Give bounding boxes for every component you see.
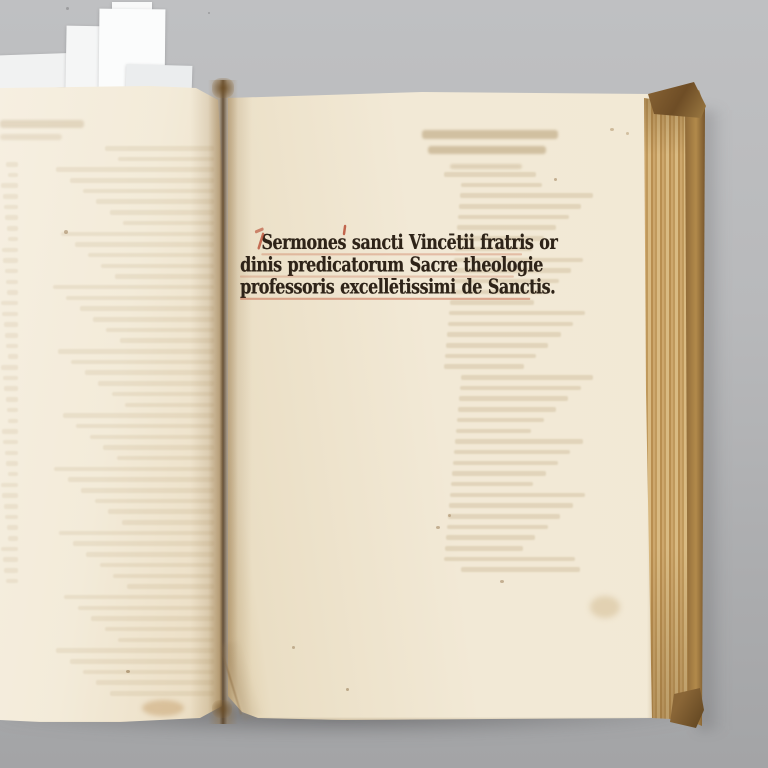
foxing-spot — [292, 646, 295, 649]
auction-photo: Sermones sancti Vincētii fratris or dini… — [0, 0, 768, 768]
dust-speck — [208, 12, 210, 14]
title-block: Sermones sancti Vincētii fratris or dini… — [240, 231, 545, 298]
show-through-heading — [428, 146, 546, 154]
title-line-3: professoris excellētissimi de Sanctis. — [240, 276, 545, 298]
show-through-heading — [0, 120, 84, 128]
foxing-spot — [554, 178, 557, 181]
show-through-heading — [422, 130, 558, 139]
rubric-underline — [240, 298, 530, 300]
right-page: Sermones sancti Vincētii fratris or dini… — [222, 88, 656, 722]
cover-edge — [685, 88, 705, 730]
tailband — [212, 700, 232, 718]
cover-top-corner — [646, 82, 706, 118]
left-page — [0, 84, 224, 726]
foxing-spot — [436, 526, 440, 529]
spine-gutter — [208, 80, 238, 724]
foxing-spot — [448, 514, 451, 517]
fore-edge-tone — [644, 92, 692, 724]
show-through-heading — [450, 164, 522, 169]
rubric-underline — [240, 276, 514, 278]
foxing-spot — [64, 230, 68, 234]
foxing-spot — [610, 128, 614, 131]
title-line-1: Sermones sancti Vincētii fratris or — [240, 231, 545, 253]
headband — [212, 78, 234, 98]
foxing-stain — [142, 700, 184, 716]
show-through-column — [46, 146, 214, 702]
show-through-margin-column — [0, 162, 18, 590]
foxing-spot — [500, 580, 504, 583]
fore-edge — [644, 92, 692, 724]
dust-speck — [66, 7, 69, 10]
foxing-spot — [126, 670, 130, 673]
title-line-2: dinis predicatorum Sacre theologie — [240, 253, 545, 275]
foxing-spot — [626, 132, 629, 135]
show-through-heading — [0, 134, 62, 140]
rubric-underline — [261, 253, 522, 255]
foxing-stain — [590, 596, 620, 618]
foxing-spot — [346, 688, 349, 691]
